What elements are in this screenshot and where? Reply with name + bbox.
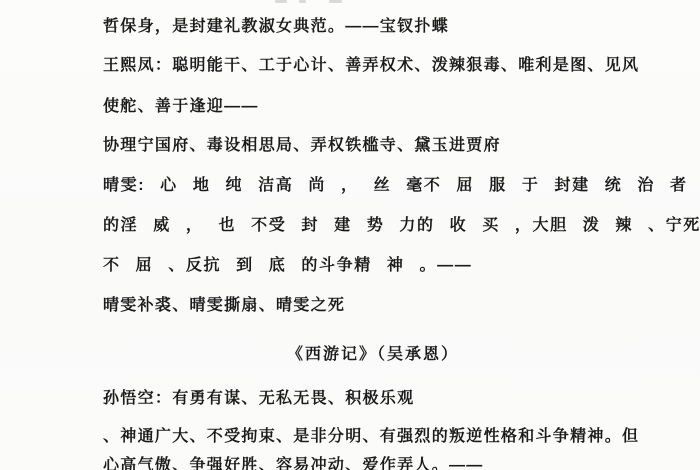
text-line-sunwukong-traits-3: 心高气傲、争强好胜、容易冲动、爱作弄人。—— (103, 457, 484, 470)
text-line-qingwen-traits-2: 的淫 威 ， 也 不受 封 建 势 力的 收 买 ，大胆 泼 辣 、宁死 (103, 217, 700, 234)
cropped-text-remnant (329, 0, 342, 3)
text-line-wangxifeng-episodes: 协理宁国府、毒设相思局、弄权铁槛寺、黛玉进贾府 (103, 137, 501, 154)
scanned-document-page: 哲保身，是封建礼教淑女典范。——宝钗扑蝶 王熙凤：聪明能干、工于心计、善弄权术、… (0, 0, 700, 470)
text-line-sunwukong-traits-2: 、神通广大、不受拘束、是非分明、有强烈的叛逆性格和斗争精神。但 (103, 428, 639, 445)
text-line-wangxifeng-traits-1: 王熙凤：聪明能干、工于心计、善弄权术、泼辣狠毒、唯利是图、见风 (103, 57, 639, 74)
section-title-xiyouji: 《西游记》（吴承恩） (103, 346, 643, 363)
text-line-wangxifeng-traits-2: 使舵、善于逢迎—— (103, 98, 259, 115)
text-line-qingwen-traits-3: 不 屈 、反抗 到 底 的斗争精 神 。—— (103, 257, 472, 274)
text-line-baochai-conclusion: 哲保身，是封建礼教淑女典范。——宝钗扑蝶 (103, 18, 449, 35)
cropped-text-remnant (299, 0, 306, 3)
text-line-qingwen-episodes: 晴雯补裘、晴雯撕扇、晴雯之死 (103, 297, 345, 314)
cropped-text-remnant (275, 0, 287, 3)
text-line-sunwukong-traits-1: 孙悟空：有勇有谋、无私无畏、积极乐观 (103, 390, 414, 407)
text-line-qingwen-traits-1: 晴雯: 心 地 纯 洁高 尚 ， 丝 毫不 屈 服 于 封建 统 治 者 (103, 177, 688, 194)
